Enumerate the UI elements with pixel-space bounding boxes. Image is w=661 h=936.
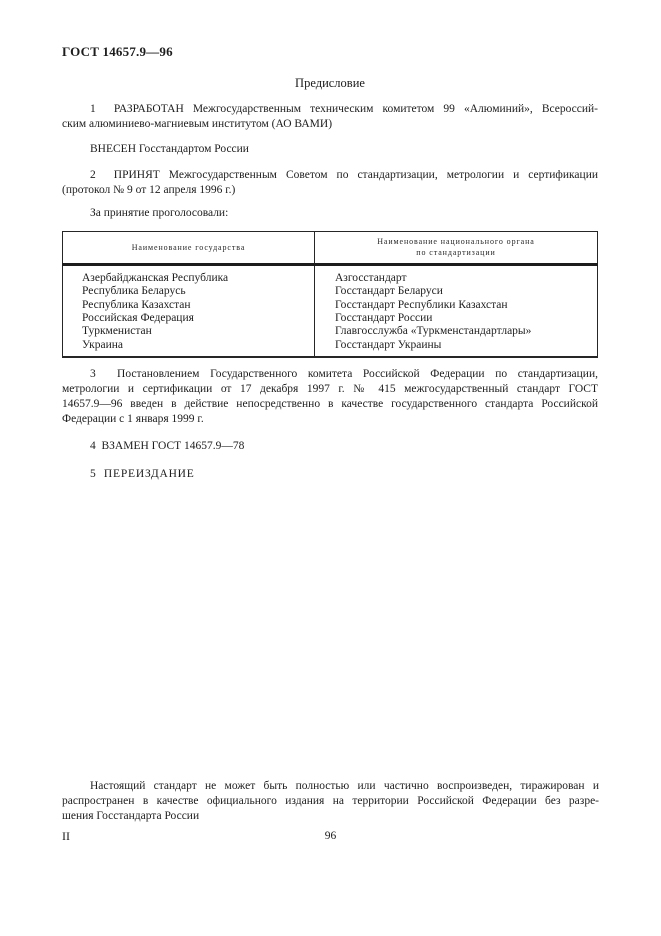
clause-5: 5 ПЕРЕИЗДАНИЕ	[62, 467, 598, 482]
org-cell: Госстандарт России	[315, 312, 598, 325]
restriction-notice: Настоящий стандарт не может быть полност…	[62, 779, 599, 824]
clause-3-line-3: 14657.9—96 введен в действие непосредств…	[62, 397, 598, 412]
vote-intro-line: За принятие проголосовали:	[62, 206, 598, 221]
clause-3-line-4: Федерации с 1 января 1999 г.	[62, 412, 598, 427]
clause-4: 4 ВЗАМЕН ГОСТ 14657.9—78	[62, 439, 598, 454]
table-row: Туркменистан Главгосслужба «Туркменстанд…	[63, 325, 598, 338]
column-header-org-line-2: по стандартизации	[321, 247, 591, 258]
state-cell: Российская Федерация	[63, 312, 315, 325]
restriction-line-3: шения Госстандарта России	[62, 809, 599, 824]
clause-1-line-2: ским алюминиево-магниевым институтом (АО…	[62, 117, 598, 132]
org-cell: Госстандарт Республики Казахстан	[315, 299, 598, 312]
org-cell: Госстандарт Украины	[315, 339, 598, 357]
clause-3-line-2: метрологии и сертификации от 17 декабря …	[62, 382, 598, 397]
state-cell: Украина	[63, 339, 315, 357]
clause-1-line-1: 1 РАЗРАБОТАН Межгосударственным техничес…	[62, 102, 598, 117]
state-cell: Республика Казахстан	[63, 299, 315, 312]
column-header-org: Наименование национального органа по ста…	[315, 231, 598, 264]
org-cell: Азгосстандарт	[315, 264, 598, 285]
restriction-line-1: Настоящий стандарт не может быть полност…	[62, 779, 599, 794]
clause-3: 3 Постановлением Государственного комите…	[62, 367, 598, 426]
submitted-line: ВНЕСЕН Госстандартом России	[62, 142, 598, 157]
state-cell: Азербайджанская Республика	[63, 264, 315, 285]
table-row: Азербайджанская Республика Азгосстандарт	[63, 264, 598, 285]
table-row: Республика Казахстан Госстандарт Республ…	[63, 299, 598, 312]
table-header-row: Наименование государства Наименование на…	[63, 231, 598, 264]
table-row: Украина Госстандарт Украины	[63, 339, 598, 357]
clause-1: 1 РАЗРАБОТАН Межгосударственным техничес…	[62, 102, 598, 132]
column-header-org-line-1: Наименование национального органа	[321, 236, 591, 247]
document-page: ГОСТ 14657.9—96 Предисловие 1 РАЗРАБОТАН…	[0, 0, 661, 936]
org-cell: Главгосслужба «Туркменстандартлары»	[315, 325, 598, 338]
column-header-state: Наименование государства	[63, 231, 315, 264]
table-row: Республика Беларусь Госстандарт Беларуси	[63, 285, 598, 298]
clause-2-line-1: 2 ПРИНЯТ Межгосударственным Советом по с…	[62, 168, 598, 183]
clause-3-line-1: 3 Постановлением Государственного комите…	[62, 367, 598, 382]
state-cell: Республика Беларусь	[63, 285, 315, 298]
voting-table: Наименование государства Наименование на…	[62, 231, 598, 358]
doc-code: ГОСТ 14657.9—96	[62, 45, 598, 59]
restriction-line-2: распространен в качестве официального из…	[62, 794, 599, 809]
page-number: 96	[0, 830, 661, 842]
clause-2-line-2: (протокол № 9 от 12 апреля 1996 г.)	[62, 183, 598, 198]
clause-2: 2 ПРИНЯТ Межгосударственным Советом по с…	[62, 168, 598, 198]
table-row: Российская Федерация Госстандарт России	[63, 312, 598, 325]
preface-title: Предисловие	[62, 76, 598, 90]
state-cell: Туркменистан	[63, 325, 315, 338]
org-cell: Госстандарт Беларуси	[315, 285, 598, 298]
